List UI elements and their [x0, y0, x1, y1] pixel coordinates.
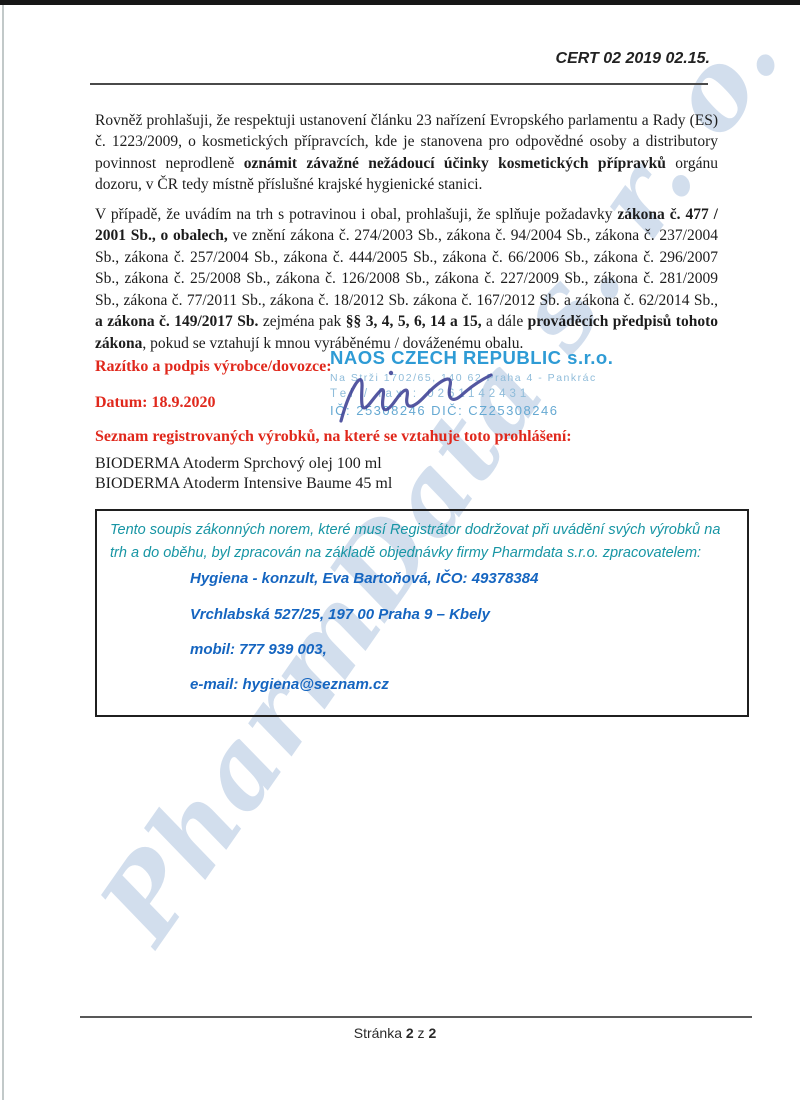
paragraph-bold-text: §§ 3, 4, 5, 6, 14 a 15,: [346, 313, 482, 330]
document-content: CERT 02 2019 02.15. Rovněž prohlašuji, ž…: [0, 0, 800, 1100]
scanned-document-page: PharmData s. r. o. CERT 02 2019 02.15. R…: [0, 0, 800, 1100]
document-code: CERT 02 2019 02.15.: [556, 50, 710, 68]
declaration-paragraph-cosmetics: Rovněž prohlašuji, že respektuji ustanov…: [95, 110, 718, 196]
footer-total-pages: 2: [428, 1025, 436, 1041]
paragraph-text: a dále: [482, 313, 528, 330]
note-intro-text: Tento soupis zákonných norem, které musí…: [110, 519, 724, 565]
registrar-note-box: Tento soupis zákonných norem, které musí…: [95, 509, 749, 717]
page-number-footer: Stránka 2 z 2: [0, 1025, 790, 1041]
contact-address-line: Vrchlabská 527/25, 197 00 Praha 9 – Kbel…: [190, 606, 490, 623]
date-label: Datum: 18.9.2020: [95, 394, 215, 412]
paragraph-bold-text: a zákona č. 149/2017 Sb.: [95, 313, 258, 330]
contact-company-line: Hygiena - konzult, Eva Bartoňová, IČO: 4…: [190, 570, 538, 587]
product-item: BIODERMA Atoderm Intensive Baume 45 ml: [95, 475, 392, 493]
footer-current-page: 2: [406, 1025, 414, 1041]
paragraph-text: V případě, že uvádím na trh s potravinou…: [95, 206, 617, 223]
footer-text: Stránka: [354, 1025, 406, 1041]
contact-email-line: e-mail: hygiena@seznam.cz: [190, 676, 389, 693]
product-item: BIODERMA Atoderm Sprchový olej 100 ml: [95, 455, 382, 473]
header-divider-line: [90, 83, 708, 85]
footer-text: z: [414, 1025, 429, 1041]
paragraph-bold-text: oznámit závažné nežádoucí účinky kosmeti…: [244, 155, 666, 172]
contact-mobile-line: mobil: 777 939 003,: [190, 641, 327, 658]
footer-divider-line: [80, 1016, 752, 1018]
paragraph-text: zejména pak: [258, 313, 345, 330]
declaration-paragraph-packaging: V případě, že uvádím na trh s potravinou…: [95, 204, 718, 355]
stamp-and-signature-label: Razítko a podpis výrobce/dovozce:: [95, 358, 332, 376]
handwritten-signature: [333, 357, 503, 432]
